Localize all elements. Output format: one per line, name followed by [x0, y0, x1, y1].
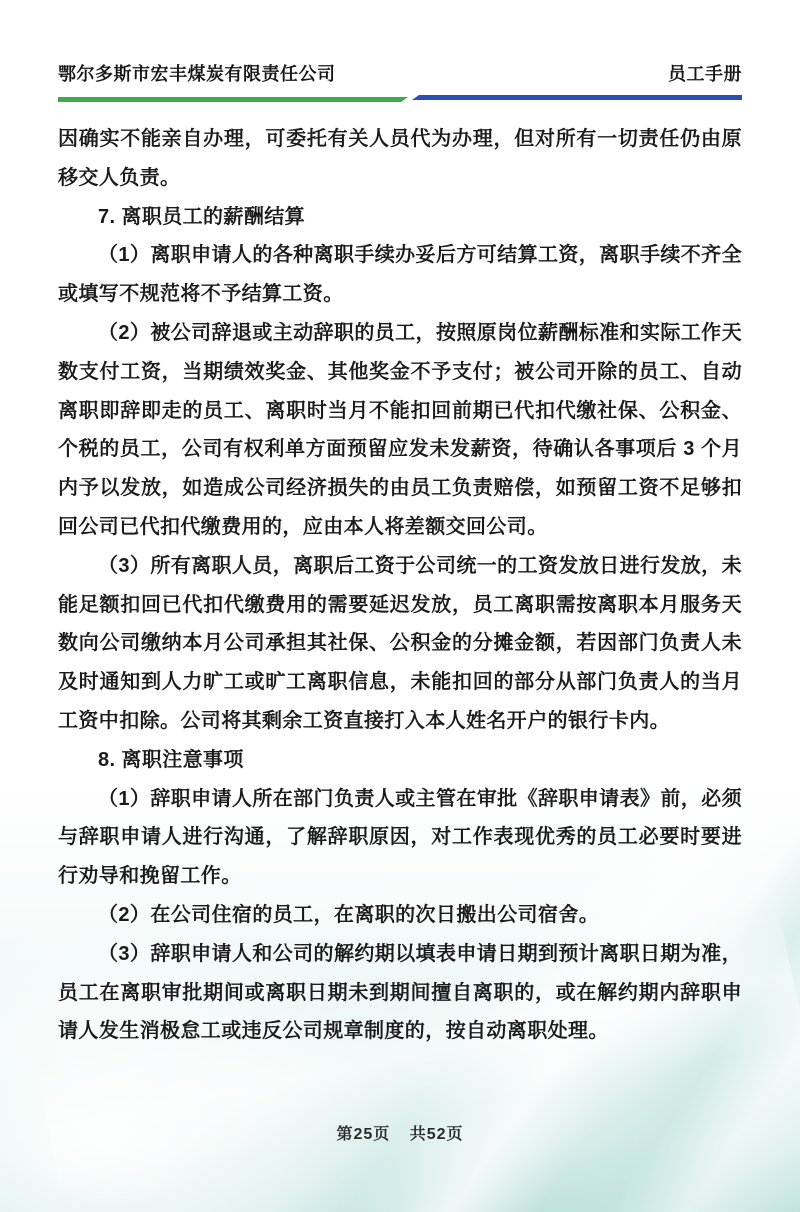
page-footer: 第25页 共52页: [0, 1121, 800, 1144]
section-heading-8: 8. 离职注意事项: [58, 741, 742, 780]
divider-blue-segment: [412, 95, 742, 100]
paragraph-continuation: 因确实不能亲自办理，可委托有关人员代为办理，但对所有一切责任仍由原移交人负责。: [58, 120, 742, 198]
handbook-page: 鄂尔多斯市宏丰煤炭有限责任公司 员工手册 因确实不能亲自办理，可委托有关人员代为…: [0, 0, 800, 1212]
divider-green-segment: [58, 97, 408, 102]
paragraph-8-1: （1）辞职申请人所在部门负责人或主管在审批《辞职申请表》前，必须与辞职申请人进行…: [58, 780, 742, 896]
section-heading-7: 7. 离职员工的薪酬结算: [58, 198, 742, 237]
paragraph-7-2: （2）被公司辞退或主动辞职的员工，按照原岗位薪酬标准和实际工作天数支付工资，当期…: [58, 314, 742, 547]
paragraph-8-2: （2）在公司住宿的员工，在离职的次日搬出公司宿舍。: [58, 896, 742, 935]
total-pages: 共52页: [410, 1126, 464, 1143]
page-number: 第25页: [336, 1126, 390, 1143]
handbook-title: 员工手册: [668, 60, 742, 86]
paragraph-8-3: （3）辞职申请人和公司的解约期以填表申请日期到预计离职日期为准，员工在离职审批期…: [58, 935, 742, 1051]
document-body: 因确实不能亲自办理，可委托有关人员代为办理，但对所有一切责任仍由原移交人负责。 …: [58, 120, 742, 1051]
header-divider: [58, 95, 742, 102]
paragraph-7-1: （1）离职申请人的各种离职手续办妥后方可结算工资，离职手续不齐全或填写不规范将不…: [58, 236, 742, 314]
company-name: 鄂尔多斯市宏丰煤炭有限责任公司: [58, 60, 336, 86]
paragraph-7-3: （3）所有离职人员，离职后工资于公司统一的工资发放日进行发放，未能足额扣回已代扣…: [58, 547, 742, 741]
page-header: 鄂尔多斯市宏丰煤炭有限责任公司 员工手册: [0, 0, 800, 102]
header-row: 鄂尔多斯市宏丰煤炭有限责任公司 员工手册: [58, 60, 742, 86]
